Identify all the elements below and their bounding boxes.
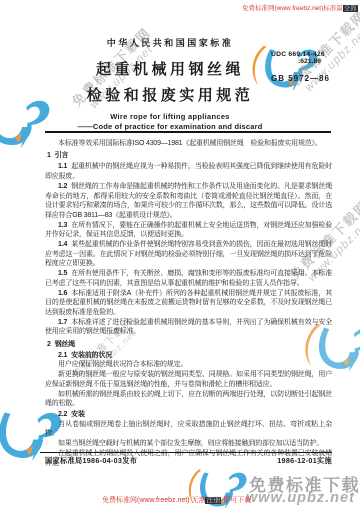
paragraph-text: 某些起重机械的作业条件使钢丝绳特别容易受到意外的损伤，因而在最初选用钢丝绳时应考… — [45, 241, 332, 267]
clause-number: 2.1 — [58, 352, 67, 359]
national-standard-label: 中华人民共和国国家标准 — [0, 36, 340, 49]
bottom-watermark-site-url: www.upbz.net — [246, 490, 355, 506]
document-title-line2: 检验和报废实用规范 — [0, 84, 340, 105]
paragraph-text: 在所有情况下，要能在正确操作的起重机械上安全地运送货物，对钢丝绳还应加强检验并作… — [45, 222, 332, 239]
body-paragraph: 用户应保证钢丝绳状况符合本标准的规定。 — [45, 360, 332, 370]
body-paragraph: 新更换的钢丝绳一般应与原安装的钢丝绳同类型、同规格。如采用不同类型的钢丝绳，用户… — [45, 370, 332, 389]
clause-number: 2 — [47, 341, 51, 348]
paragraph-text: 引言 — [55, 152, 69, 159]
paragraph-text: 安装前的状况 — [71, 352, 112, 359]
clause-number: 2.2 — [58, 411, 67, 418]
clause-paragraph: 1.6本标准适用于附录A（补充件）所列的各种起重机械用钢丝绳并规定了其报废标准，… — [45, 289, 332, 318]
subsection-heading: 2.2安装 — [45, 410, 332, 420]
clause-number: 1.7 — [58, 319, 67, 326]
body-paragraph: 当从卷轴或钢丝绳卷上抽出钢丝绳时，应采取措施防止钢丝绳打环、扭结、弯折或粘上杂物… — [45, 420, 332, 439]
udc-block: UDC 669.14-426 :621.86 GB 5972—86 — [271, 51, 347, 83]
clause-number: 1.2 — [58, 183, 67, 190]
footer-divider — [40, 452, 332, 453]
clause-paragraph: 1.5在所有使用条件下，有关断丝、磨损、腐蚀和变形等的报废标准均可直接采用。本标… — [45, 269, 332, 288]
clause-paragraph: 1.3在所有情况下，要能在正确操作的起重机械上安全地运送货物，对钢丝绳还应加强检… — [45, 221, 332, 240]
red-watermark-mid: 标准最 — [323, 5, 343, 12]
body-paragraph: 如果当钢丝绳空载时与机械的某个部位发生摩擦，则应将能接触到的部位加以适当防护。 — [45, 439, 332, 449]
paragraph-text: 起重机械中的钢丝绳应视为一种易损件。当检验表明其强度已降低到继续使用有危险时即应… — [45, 163, 332, 180]
paragraph-text: 安装 — [71, 411, 85, 418]
paragraph-text: 本标准详述了进行检验起重机械用钢丝绳的基本导则，并列出了为确保机械有效与安全使用… — [45, 319, 332, 336]
document-title-english-line2: ——Code of practice for examination and d… — [0, 122, 340, 131]
issue-date: 国家标准局1986-04-03发布 — [45, 456, 137, 466]
clause-paragraph: 1.2钢丝绳的工作寿命是随起重机械的特性和工作条件以及用途而变化的。凡是要求钢丝… — [45, 182, 332, 221]
clause-number: 1.6 — [58, 290, 67, 297]
udc-code-line1: UDC 669.14-426 — [271, 51, 347, 58]
red-watermark-prefix: 免费标准网(www.freebz.net) 无需 — [102, 497, 205, 504]
document-content: 中华人民共和国国家标准 起重机械用钢丝绳 检验和报废实用规范 Wire rope… — [0, 0, 360, 509]
udc-code-line2: :621.86 — [271, 58, 347, 65]
subsection-heading: 2.1安装前的状况 — [45, 351, 332, 361]
footer: 国家标准局1986-04-03发布 1986-12-01实施 — [45, 456, 332, 466]
clause-number: 1.1 — [58, 163, 67, 170]
clause-paragraph: 1.7本标准详述了进行检验起重机械用钢丝绳的基本导则，并列出了为确保机械有效与安… — [45, 318, 332, 337]
paragraph-text: 当从卷轴或钢丝绳卷上抽出钢丝绳时，应采取措施防止钢丝绳打环、扭结、弯折或粘上杂物… — [45, 421, 332, 438]
paragraph-text: 本标准等效采用国际标准ISO 4309—1981《起重机械用钢丝绳 检验和报废实… — [58, 140, 322, 147]
red-watermark-highlight: 全面 — [343, 5, 358, 12]
top-right-red-watermark: 免费标准网(www.freebz.net)标准最全面 — [242, 3, 358, 12]
paragraph-text: 用户应保证钢丝绳状况符合本标准的规定。 — [58, 361, 187, 368]
clause-paragraph: 1.4某些起重机械的作业条件使钢丝绳特别容易受到意外的损伤，因而在最初选用钢丝绳… — [45, 240, 332, 269]
bottom-red-watermark: 免费标准网(www.freebz.net) 无需注册 即可下载 — [102, 495, 251, 505]
red-watermark-prefix: 免费标准网(www.freebz.net) — [242, 5, 323, 12]
paragraph-text: 新更换的钢丝绳一般应与原安装的钢丝绳同类型、同规格。如采用不同类型的钢丝绳，用户… — [45, 371, 332, 388]
document-body: 本标准等效采用国际标准ISO 4309—1981《起重机械用钢丝绳 检验和报废实… — [45, 139, 332, 468]
clause-number: 1.4 — [58, 241, 67, 248]
paragraph-text: 在所有使用条件下，有关断丝、磨损、腐蚀和变形等的报废标准均可直接采用。本标准已考… — [45, 270, 332, 287]
paragraph-text: 如果当钢丝绳空载时与机械的某个部位发生摩擦，则应将能接触到的部位加以适当防护。 — [58, 440, 323, 447]
scanned-standard-page: 免费标准下载网 www.upbz.net 免费标准下载网 www.upbz.ne… — [0, 0, 360, 509]
implementation-date: 1986-12-01实施 — [277, 456, 332, 466]
paragraph-text: 钢丝绳的工作寿命是随起重机械的特性和工作条件以及用途而变化的。凡是要求钢丝绳寿命… — [45, 183, 332, 219]
red-watermark-highlight: 注册 — [205, 497, 221, 504]
paragraph-text: 钢丝绳 — [55, 341, 75, 348]
clause-paragraph: 1.1起重机械中的钢丝绳应视为一种易损件。当检验表明其强度已降低到继续使用有危险… — [45, 162, 332, 181]
red-watermark-suffix: 即可下载 — [221, 497, 251, 504]
clause-number: 1.5 — [58, 270, 67, 277]
document-title-english-line1: Wire rope for lifting appliances — [0, 112, 340, 121]
body-paragraph: 如机械所需的钢丝绳系由较长的绳上切下，应在切断的两端进行处理，以防切断处引起钢丝… — [45, 390, 332, 409]
header-divider — [45, 131, 331, 133]
paragraph-text: 本标准适用于附录A（补充件）所列的各种起重机械用钢丝绳并规定了其报废标准，其目的… — [45, 290, 332, 316]
section-heading: 1引言 — [45, 151, 332, 161]
paragraph-text: 如机械所需的钢丝绳系由较长的绳上切下，应在切断的两端进行处理，以防切断处引起钢丝… — [45, 391, 332, 408]
standard-number: GB 5972—86 — [271, 74, 347, 83]
clause-number: 1.3 — [58, 222, 67, 229]
intro-paragraph: 本标准等效采用国际标准ISO 4309—1981《起重机械用钢丝绳 检验和报废实… — [45, 139, 332, 149]
section-heading: 2钢丝绳 — [45, 340, 332, 350]
clause-number: 1 — [47, 152, 51, 159]
